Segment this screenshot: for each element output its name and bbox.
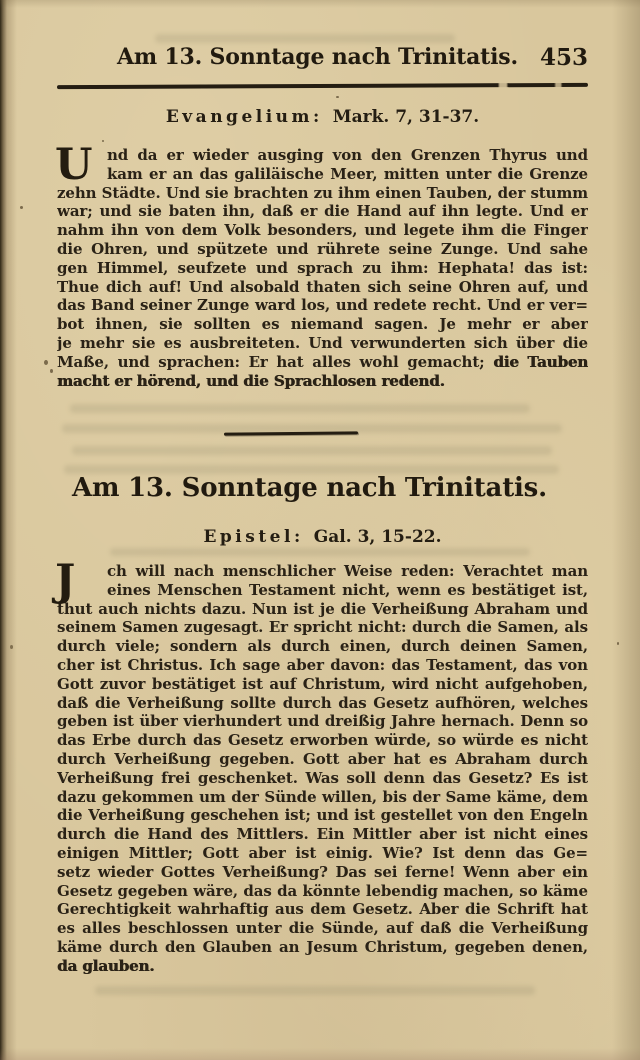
text-line: kam er an das galiläische Meer, mitten u… (57, 165, 588, 184)
text-line: dazu gekommen um der Sünde willen, bis d… (57, 788, 588, 807)
page-edge-shadow-top (0, 0, 640, 8)
bleedthrough-ghost (110, 548, 530, 556)
epistle-heading: Epistel:Gal. 3, 15-22. (57, 527, 588, 547)
text-line: geben ist über vierhundert und dreißig J… (57, 712, 588, 731)
gospel-lines: nd da er wieder ausging von den Grenzen … (57, 146, 588, 390)
text-line: das Band seiner Zunge ward los, und rede… (57, 296, 588, 315)
scan-speck (50, 369, 53, 373)
gospel-dropcap: U (55, 145, 92, 185)
epistle-heading-label: Epistel: (203, 527, 303, 547)
text-line: bot ihnen, sie sollten es niemand sagen.… (57, 315, 588, 334)
text-line: es alles beschlossen unter die Sünde, au… (57, 919, 588, 938)
gospel-heading-label: Evangelium: (166, 107, 323, 127)
gospel-heading: Evangelium:Mark. 7, 31-37. (57, 107, 588, 127)
page-edge-shadow-left (0, 0, 18, 1060)
text-line: die Verheißung geschehen ist; und ist ge… (57, 806, 588, 825)
epistle-dropcap: J (55, 561, 75, 601)
scan-speck (44, 360, 48, 365)
page-edge-shadow-bottom (0, 1048, 640, 1060)
text-line: das Erbe durch das Gesetz erworben würde… (57, 731, 588, 750)
text-line: die Ohren, und spützete und rührete sein… (57, 240, 588, 259)
text-line: Verheißung frei geschenket. Was soll den… (57, 769, 588, 788)
bleedthrough-ghost (155, 34, 455, 43)
text-line: Maße, und sprachen: Er hat alles wohl ge… (57, 353, 588, 372)
text-line: Thue dich auf! Und alsobald thaten sich … (57, 278, 588, 297)
book-page: Am 13. Sonntage nach Trinitatis. 453 Eva… (0, 0, 640, 1060)
text-line: nahm ihn von dem Volk besonders, und leg… (57, 221, 588, 240)
page-edge-shadow-right (612, 0, 640, 1060)
text-line: einigen Mittler; Gott aber ist einig. Wi… (57, 844, 588, 863)
gospel-text: U nd da er wieder ausging von den Grenze… (57, 146, 588, 390)
header-rule (57, 83, 588, 89)
scan-speck (617, 642, 619, 645)
text-line: macht er hörend, und die Sprachlosen red… (57, 372, 588, 391)
scan-speck (10, 645, 13, 649)
text-line: da glauben. (57, 957, 588, 976)
scan-speck (20, 206, 23, 209)
text-line: Gerechtigkeit wahrhaftig aus dem Gesetz.… (57, 900, 588, 919)
text-line: eines Menschen Testament nicht, wenn es … (57, 581, 588, 600)
gospel-heading-ref: Mark. 7, 31-37. (333, 107, 479, 127)
text-line: je mehr sie es ausbreiteten. Und verwund… (57, 334, 588, 353)
page-title: Am 13. Sonntage nach Trinitatis. (117, 44, 518, 70)
text-line: käme durch den Glauben an Jesum Christum… (57, 938, 588, 957)
text-line: war; und sie baten ihn, daß er die Hand … (57, 202, 588, 221)
bleedthrough-ghost (72, 446, 552, 455)
scan-speck (102, 140, 104, 142)
bleedthrough-ghost (70, 404, 530, 413)
text-line: setz wieder Gottes Verheißung? Das sei f… (57, 863, 588, 882)
text-line: durch viele; sondern als durch einen, du… (57, 637, 588, 656)
text-line: zehn Städte. Und sie brachten zu ihm ein… (57, 184, 588, 203)
text-line: nd da er wieder ausging von den Grenzen … (57, 146, 588, 165)
text-line: daß die Verheißung sollte durch das Gese… (57, 694, 588, 713)
text-line: ch will nach menschlicher Weise reden: V… (57, 562, 588, 581)
scan-speck (336, 96, 339, 98)
epistle-heading-ref: Gal. 3, 15-22. (314, 527, 442, 547)
section-divider (224, 431, 358, 435)
text-line: thut auch nichts dazu. Nun ist je die Ve… (57, 600, 588, 619)
text-line: cher ist Christus. Ich sage aber davon: … (57, 656, 588, 675)
section-title: Am 13. Sonntage nach Trinitatis. (57, 473, 588, 503)
text-line: durch die Hand des Mittlers. Ein Mittler… (57, 825, 588, 844)
epistle-text: J ch will nach menschlicher Weise reden:… (57, 562, 588, 976)
text-line: durch Verheißung gegeben. Gott aber hat … (57, 750, 588, 769)
epistle-lines: ch will nach menschlicher Weise reden: V… (57, 562, 588, 976)
text-line: Gott zuvor bestätiget ist auf Christum, … (57, 675, 588, 694)
page-number: 453 (540, 44, 588, 71)
text-line: Gesetz gegeben wäre, das da könnte leben… (57, 882, 588, 901)
bleedthrough-ghost (95, 986, 535, 995)
running-head: Am 13. Sonntage nach Trinitatis. 453 (57, 44, 588, 76)
text-line: gen Himmel, seufzete und sprach zu ihm: … (57, 259, 588, 278)
text-line: seinem Samen zugesagt. Er spricht nicht:… (57, 618, 588, 637)
